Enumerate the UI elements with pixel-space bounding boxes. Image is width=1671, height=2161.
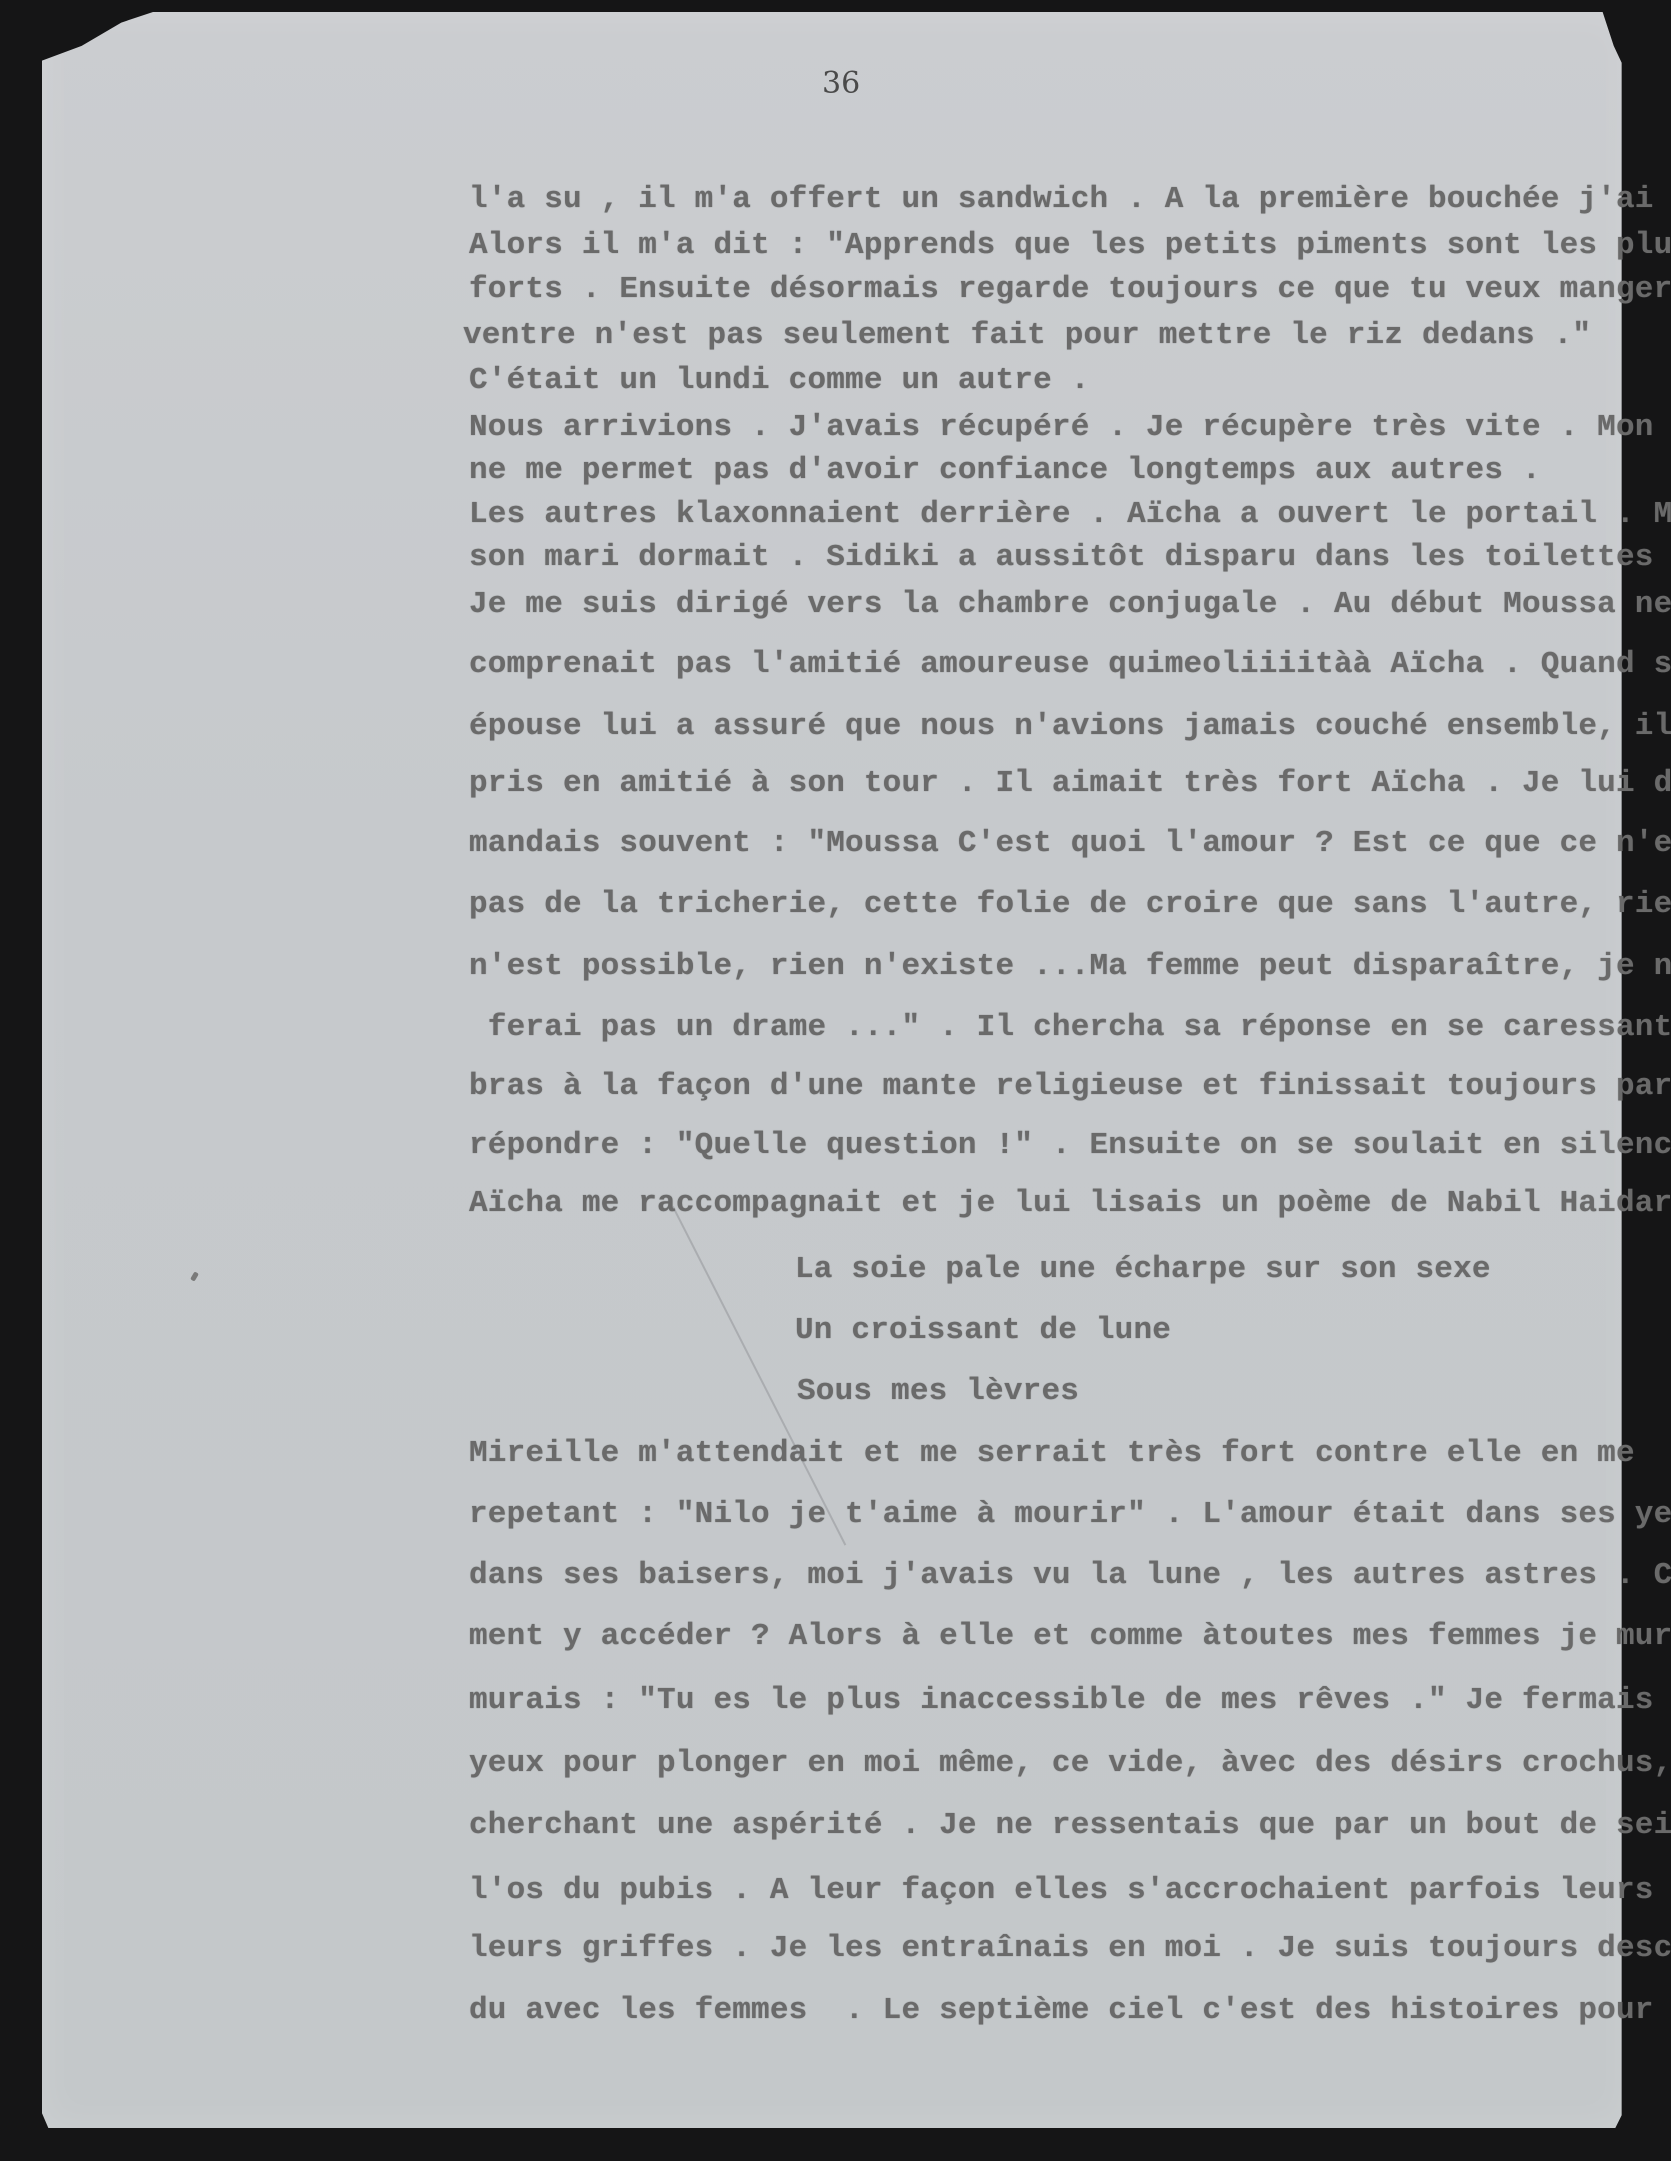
text-line: cherchant une aspérité . Je ne ressentai… xyxy=(469,1810,1671,1841)
text-line: mandais souvent : "Moussa C'est quoi l'a… xyxy=(469,828,1671,859)
text-line: forts . Ensuite désormais regarde toujou… xyxy=(469,274,1671,305)
poem-line: La soie pale une écharpe sur son sexe xyxy=(795,1254,1491,1285)
text-line: yeux pour plonger en moi même, ce vide, … xyxy=(469,1748,1671,1779)
text-line: leurs griffes . Je les entraînais en moi… xyxy=(469,1933,1671,1964)
text-line: ne me permet pas d'avoir confiance longt… xyxy=(469,455,1541,486)
poem-line: Un croissant de lune xyxy=(795,1315,1171,1346)
text-line: répondre : "Quelle question !" . Ensuite… xyxy=(469,1130,1671,1161)
text-line: Alors il m'a dit : "Apprends que les pet… xyxy=(469,230,1671,261)
text-line: pris en amitié à son tour . Il aimait tr… xyxy=(469,768,1671,799)
text-line: l'os du pubis . A leur façon elles s'acc… xyxy=(469,1875,1671,1906)
poem-line: Sous mes lèvres xyxy=(797,1376,1079,1407)
text-line: Nous arrivions . J'avais récupéré . Je r… xyxy=(469,412,1671,443)
text-line: ventre n'est pas seulement fait pour met… xyxy=(463,320,1591,351)
text-line: bras à la façon d'une mante religieuse e… xyxy=(469,1071,1671,1102)
text-line: épouse lui a assuré que nous n'avions ja… xyxy=(469,711,1671,742)
text-line: n'est possible, rien n'existe ...Ma femm… xyxy=(469,951,1671,982)
text-line: repetant : "Nilo je t'aime à mourir" . L… xyxy=(469,1499,1671,1530)
text-line: dans ses baisers, moi j'avais vu la lune… xyxy=(469,1560,1671,1591)
text-line: murais : "Tu es le plus inaccessible de … xyxy=(469,1685,1671,1716)
scanned-document: 36 l'a su , il m'a offert un sandwich . … xyxy=(0,0,1671,2161)
text-line: du avec les femmes . Le septième ciel c'… xyxy=(469,1995,1671,2026)
text-line: l'a su , il m'a offert un sandwich . A l… xyxy=(469,184,1671,215)
ink-speck xyxy=(190,1271,199,1281)
text-line: ment y accéder ? Alors à elle et comme à… xyxy=(469,1621,1671,1652)
text-line: C'était un lundi comme un autre . xyxy=(469,365,1090,396)
page-number: 36 xyxy=(822,66,860,101)
text-line: Mireille m'attendait et me serrait très … xyxy=(469,1438,1635,1469)
text-line: pas de la tricherie, cette folie de croi… xyxy=(469,889,1671,920)
text-line: Je me suis dirigé vers la chambre conjug… xyxy=(469,589,1671,620)
text-line: comprenait pas l'amitié amoureuse quimeo… xyxy=(469,649,1671,680)
text-line: Aïcha me raccompagnait et je lui lisais … xyxy=(469,1188,1671,1219)
text-line: Les autres klaxonnaient derrière . Aïcha… xyxy=(469,499,1671,530)
text-line: ferai pas un drame ..." . Il chercha sa … xyxy=(469,1012,1671,1043)
text-line: son mari dormait . Sidiki a aussitôt dis… xyxy=(469,542,1671,573)
